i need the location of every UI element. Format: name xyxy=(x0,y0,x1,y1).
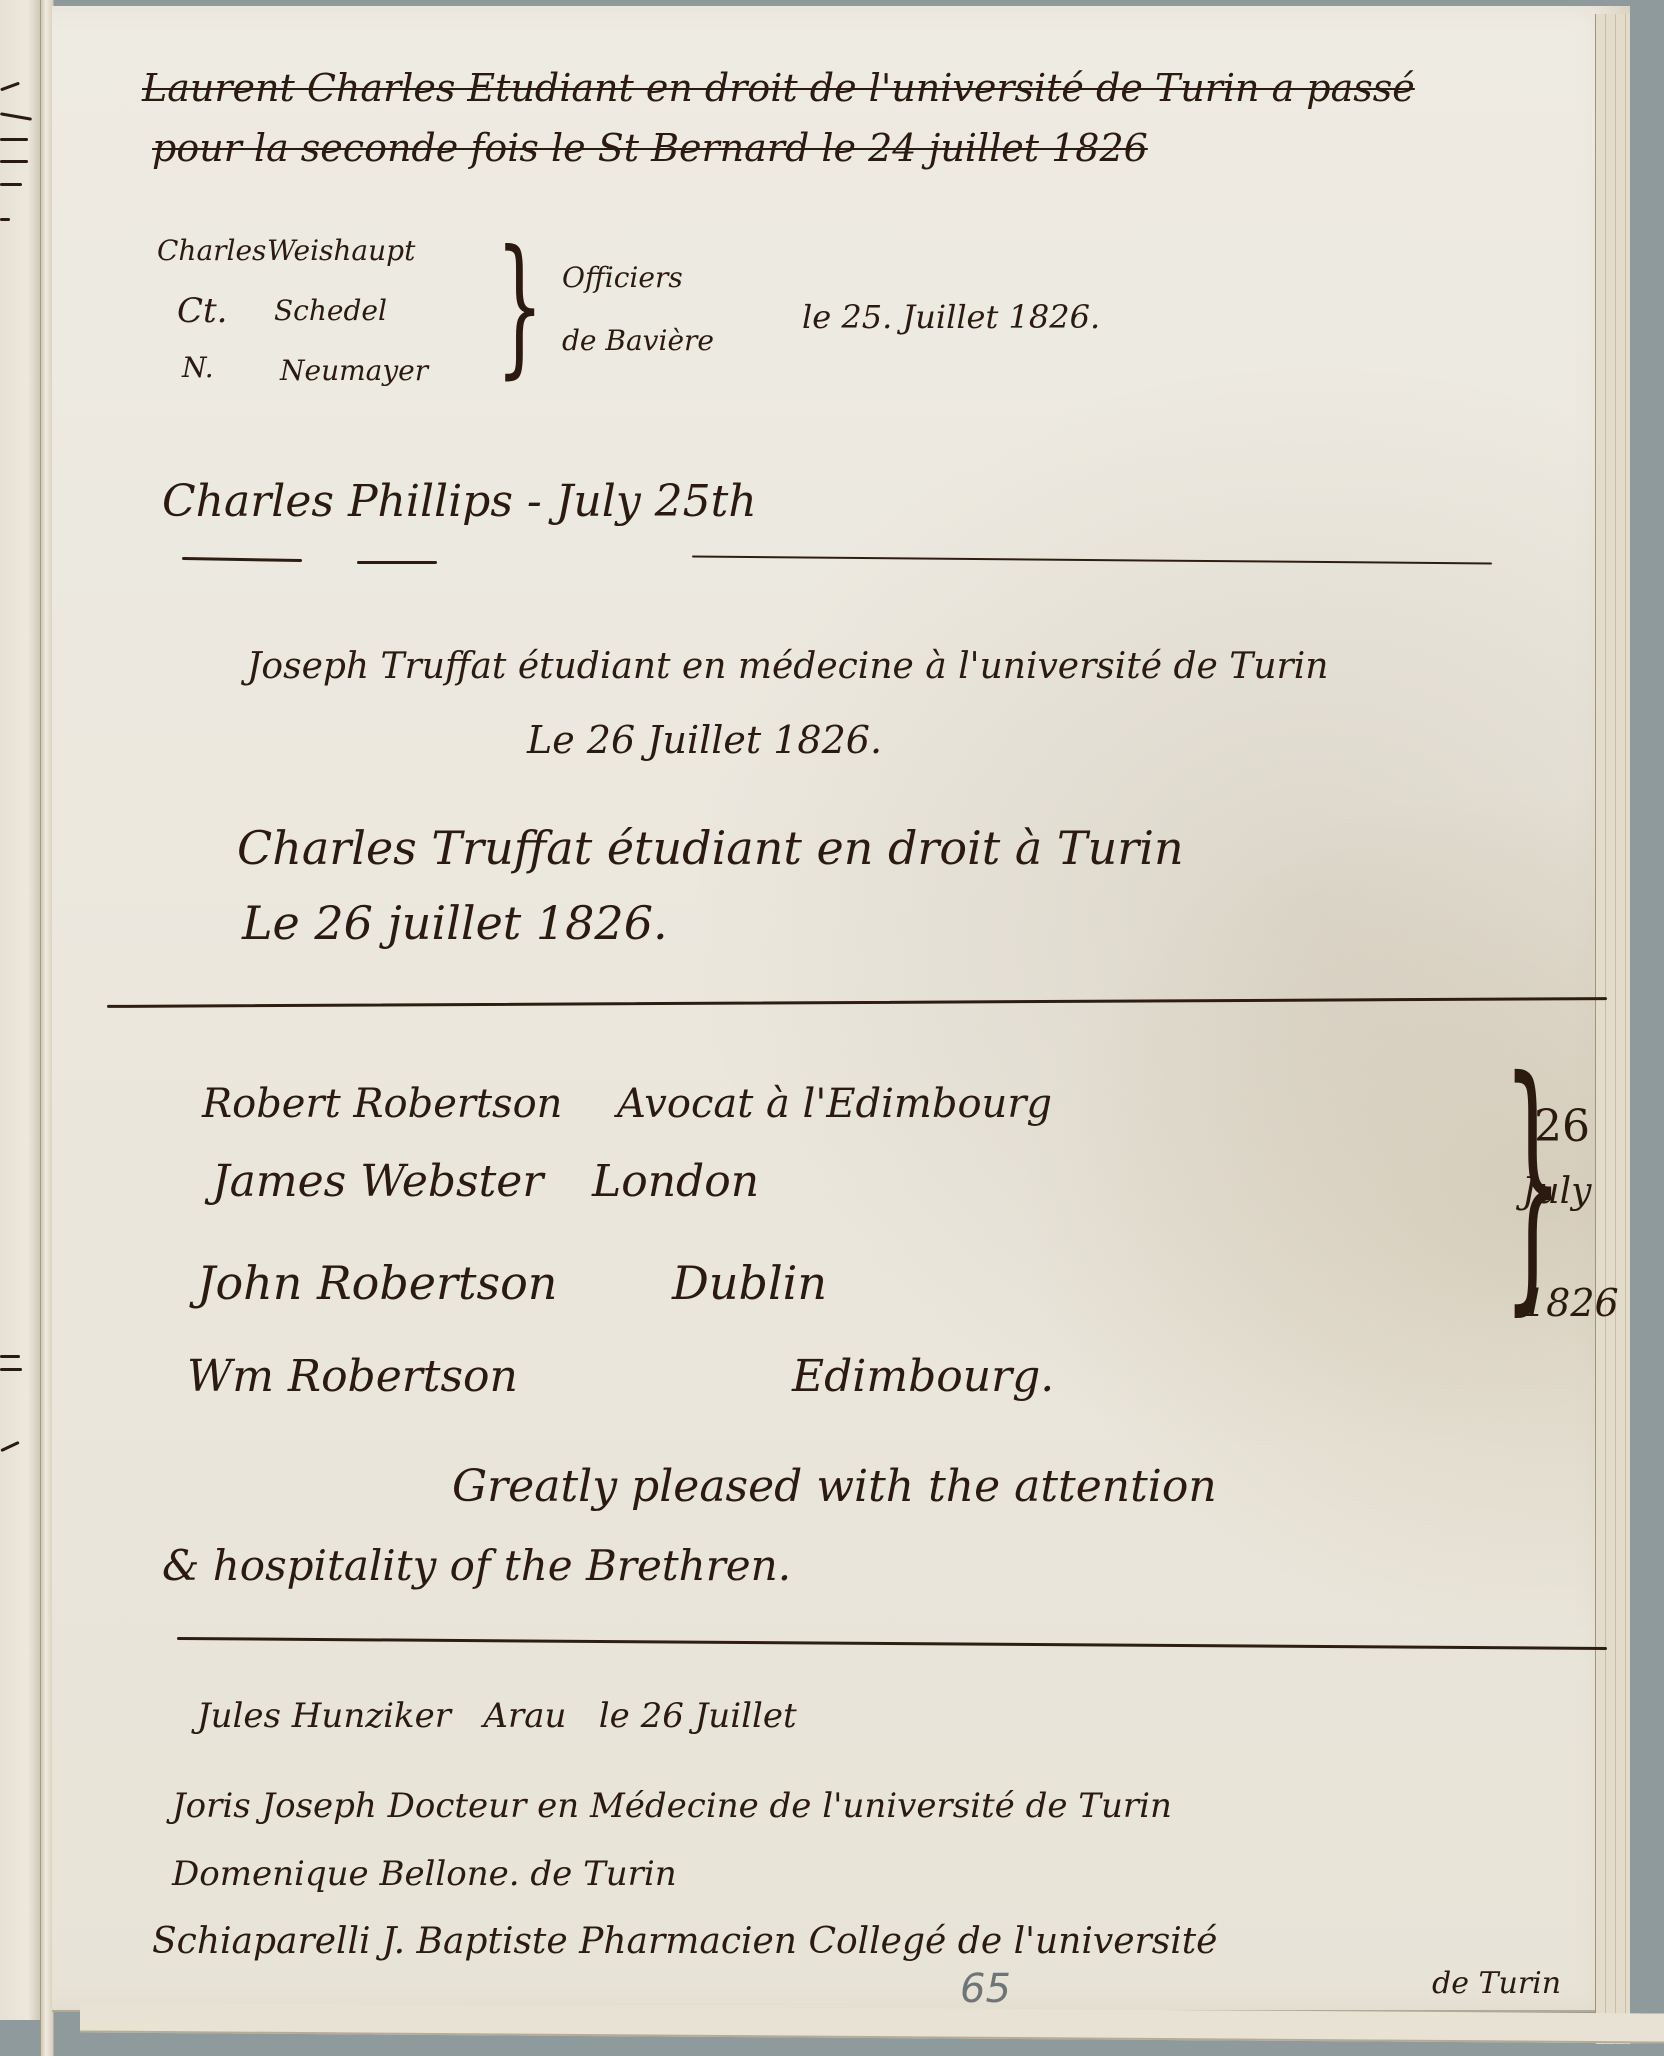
entry-3-line: Charles Phillips - July 25th xyxy=(162,476,757,527)
entry-6-row-4-detail: Edimbourg. xyxy=(792,1351,1054,1402)
entry-7-line-1: Jules Hunziker Arau le 26 Juillet xyxy=(197,1696,797,1736)
section-divider-1 xyxy=(107,997,1607,1008)
entry-2-name-2-surname: Schedel xyxy=(274,294,387,327)
page-stack-edge xyxy=(1595,14,1630,2044)
ink-fragment xyxy=(0,1441,19,1452)
entry-7-line-5: de Turin xyxy=(1432,1966,1561,2001)
entry-6-row-3-detail: Dublin xyxy=(672,1256,827,1310)
ink-fragment xyxy=(0,1355,20,1358)
ink-fragment xyxy=(0,183,22,186)
entry-6-row-1-name: Robert Robertson xyxy=(202,1081,562,1127)
entry-7-line-4: Schiaparelli J. Baptiste Pharmacien Coll… xyxy=(152,1921,1217,1962)
entry-6-row-1-detail: Avocat à l'Edimbourg xyxy=(617,1081,1052,1127)
entry-6-row-2-detail: London xyxy=(592,1156,759,1207)
entry-7-line-3: Domenique Bellone. de Turin xyxy=(172,1854,677,1894)
entry-6-date-month: July xyxy=(1522,1171,1591,1212)
folio-number: 65 xyxy=(960,1966,1011,2012)
entry-4-line-1: Joseph Truffat étudiant en médecine à l'… xyxy=(247,646,1328,687)
entry-6-remark-line-2: & hospitality of the Brethren. xyxy=(162,1541,791,1590)
entry-2-name-3-surname: Neumayer xyxy=(280,354,428,387)
entry-1-line-1: Laurent Charles Etudiant en droit de l'u… xyxy=(142,66,1415,110)
entry-4-line-2: Le 26 Juillet 1826. xyxy=(527,718,882,762)
entry-2-name-3-first: N. xyxy=(182,351,214,384)
ink-fragment xyxy=(0,1368,22,1371)
entry-3-underline-2 xyxy=(357,561,437,564)
entry-6-date-day: 26 xyxy=(1534,1101,1590,1152)
entry-3-underline-1 xyxy=(182,557,302,562)
entry-6-row-4-name: Wm Robertson xyxy=(187,1351,518,1402)
entry-5-line-1: Charles Truffat étudiant en droit à Turi… xyxy=(237,821,1184,875)
entry-6-row-2-name: James Webster xyxy=(212,1156,543,1207)
entry-7-line-2: Joris Joseph Docteur en Médecine de l'un… xyxy=(172,1786,1172,1826)
ink-fragment xyxy=(0,112,32,121)
entry-2-date: le 25. Juillet 1826. xyxy=(802,298,1100,336)
entry-6-remark-line-1: Greatly pleased with the attention xyxy=(452,1461,1217,1512)
entry-1-line-2: pour la seconde fois le St Bernard le 24… xyxy=(152,126,1148,170)
ink-fragment xyxy=(0,138,28,141)
section-divider-2 xyxy=(177,1637,1607,1650)
entry-2-brace: } xyxy=(496,231,544,381)
ink-fragment xyxy=(0,160,28,163)
previous-page-edge: Laurent Charles Etudiant en droit de l'u… xyxy=(0,0,41,2020)
entry-2-label-2: de Bavière xyxy=(562,324,714,357)
entry-2-label-1: Officiers xyxy=(562,261,683,294)
entry-2-name-2-first: Ct. xyxy=(177,291,228,331)
entry-6-row-3-name: John Robertson xyxy=(197,1256,557,1310)
entry-6-date-year: 1826 xyxy=(1522,1281,1619,1325)
ink-fragment xyxy=(0,82,20,92)
entry-5-line-2: Le 26 juillet 1826. xyxy=(242,896,668,950)
manuscript-page: Laurent Charles Etudiant en droit de l'u… xyxy=(52,6,1630,2012)
entry-3-underline-3 xyxy=(692,556,1492,565)
ink-fragment xyxy=(0,218,10,221)
entry-2-name-1-first: Charles xyxy=(157,234,266,267)
entry-2-name-1-surname: Weishaupt xyxy=(267,234,415,267)
